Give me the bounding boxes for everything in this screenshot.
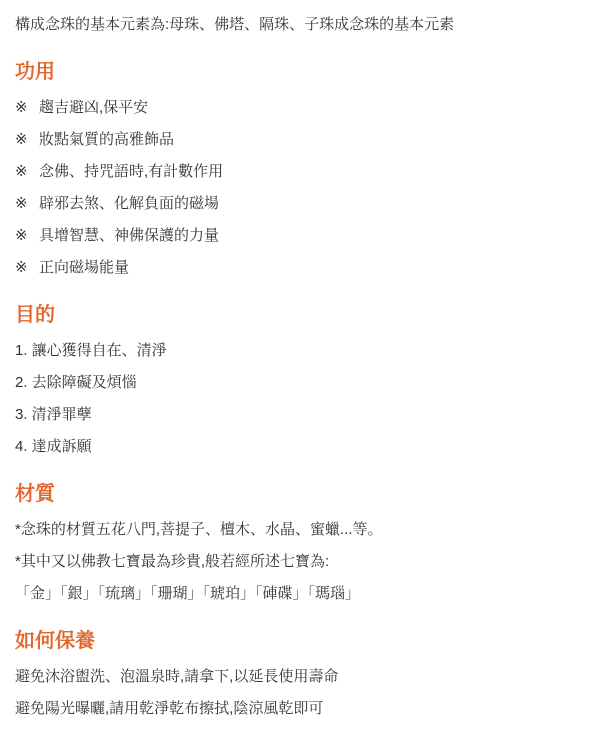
reference-mark: ※: [15, 97, 39, 119]
numbered-item: 1. 讓心獲得自在、清淨: [15, 340, 584, 362]
list-item: ※ 念佛、持咒語時,有計數作用: [15, 161, 584, 183]
intro-text: 構成念珠的基本元素為:母珠、佛塔、隔珠、子珠成念珠的基本元素: [15, 14, 584, 36]
list-item: ※ 辟邪去煞、化解負面的磁場: [15, 193, 584, 215]
list-item-text: 趨吉避凶,保平安: [39, 97, 584, 119]
section-heading-purpose: 目的: [15, 302, 584, 328]
body-line: 避免陽光曝曬,請用乾淨乾布擦拭,陰涼風乾即可: [15, 698, 584, 720]
section-purpose: 目的 1. 讓心獲得自在、清淨 2. 去除障礙及煩惱 3. 清淨罪孽 4. 達成…: [15, 302, 584, 458]
list-item-text: 妝點氣質的高雅飾品: [39, 129, 584, 151]
section-materials: 材質 *念珠的材質五花八門,菩提子、檀木、水晶、蜜蠟...等。 *其中又以佛教七…: [15, 481, 584, 605]
section-care: 如何保養 避免沐浴盥洗、泡溫泉時,請拿下,以延長使用壽命 避免陽光曝曬,請用乾淨…: [15, 628, 584, 720]
numbered-item: 4. 達成訴願: [15, 436, 584, 458]
list-item-text: 辟邪去煞、化解負面的磁場: [39, 193, 584, 215]
section-heading-care: 如何保養: [15, 628, 584, 654]
list-item: ※ 趨吉避凶,保平安: [15, 97, 584, 119]
numbered-item: 2. 去除障礙及煩惱: [15, 372, 584, 394]
section-functions: 功用 ※ 趨吉避凶,保平安 ※ 妝點氣質的高雅飾品 ※ 念佛、持咒語時,有計數作…: [15, 59, 584, 279]
list-item-text: 具增智慧、神佛保護的力量: [39, 225, 584, 247]
body-line: 避免沐浴盥洗、泡溫泉時,請拿下,以延長使用壽命: [15, 666, 584, 688]
numbered-item: 3. 清淨罪孽: [15, 404, 584, 426]
body-line: 「金」「銀」「琉璃」「珊瑚」「琥珀」「硨碟」「瑪瑙」: [15, 583, 584, 605]
reference-mark: ※: [15, 193, 39, 215]
list-item-text: 正向磁場能量: [39, 257, 584, 279]
list-item: ※ 具增智慧、神佛保護的力量: [15, 225, 584, 247]
reference-mark: ※: [15, 225, 39, 247]
reference-mark: ※: [15, 161, 39, 183]
body-line: *念珠的材質五花八門,菩提子、檀木、水晶、蜜蠟...等。: [15, 519, 584, 541]
list-item: ※ 正向磁場能量: [15, 257, 584, 279]
article: 構成念珠的基本元素為:母珠、佛塔、隔珠、子珠成念珠的基本元素 功用 ※ 趨吉避凶…: [0, 0, 600, 720]
reference-mark: ※: [15, 257, 39, 279]
section-heading-functions: 功用: [15, 59, 584, 85]
section-heading-materials: 材質: [15, 481, 584, 507]
list-item: ※ 妝點氣質的高雅飾品: [15, 129, 584, 151]
reference-mark: ※: [15, 129, 39, 151]
list-item-text: 念佛、持咒語時,有計數作用: [39, 161, 584, 183]
body-line: *其中又以佛教七寶最為珍貴,般若經所述七寶為:: [15, 551, 584, 573]
